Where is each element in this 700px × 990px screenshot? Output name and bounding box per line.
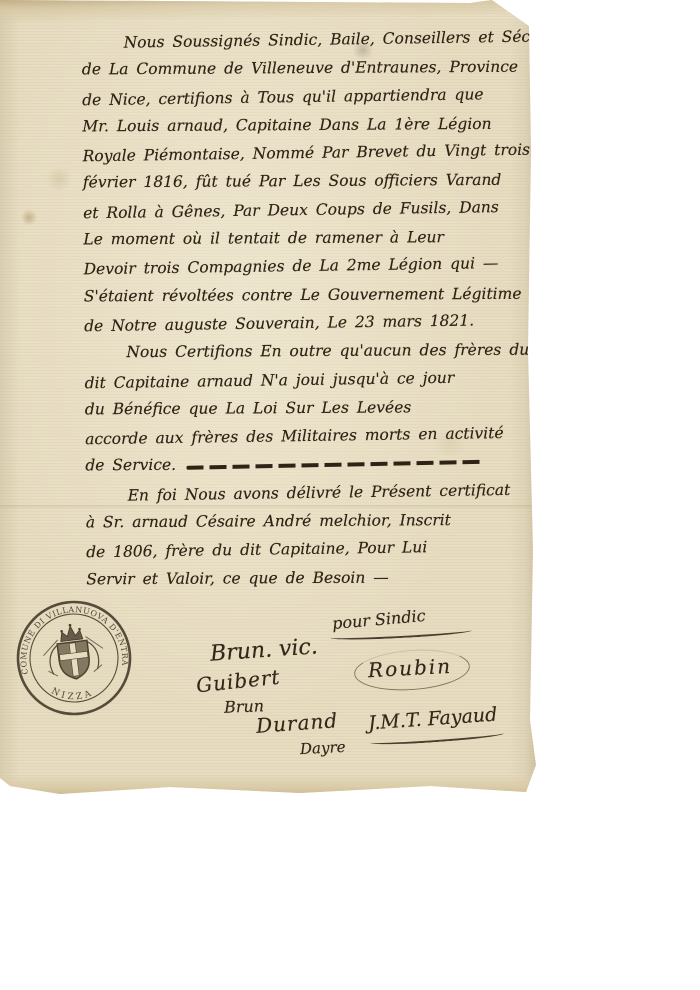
- manuscript-line: de La Commune de Villeneuve d'Entraunes,…: [82, 53, 522, 84]
- seal-graphic: COMUNE DI VILLANUOVA D'ENTRAUNES NIZZA: [7, 589, 141, 727]
- signature-fayaud: J.M.T. Fayaud: [367, 704, 498, 735]
- manuscript-line: de Nice, certifions à Tous qu'il apparti…: [82, 79, 522, 114]
- manuscript-text: Nous Soussignés Sindic, Baile, Conseille…: [82, 24, 527, 594]
- paper-stain: [44, 168, 74, 190]
- signature-roubin: Roubin: [367, 654, 452, 682]
- signature-brun-vic: Brun. vic.: [209, 634, 318, 666]
- signature-guibert: Guibert: [195, 665, 282, 698]
- manuscript-line: Nous Certifions En outre qu'aucun des fr…: [84, 336, 524, 367]
- manuscript-line: de 1806, frère du dit Capitaine, Pour Lu…: [86, 532, 526, 567]
- manuscript-line: dit Capitaine arnaud N'a joui jusqu'à ce…: [84, 362, 524, 397]
- manuscript-line: Servir et Valoir, ce que de Besoin —: [86, 562, 526, 593]
- paper-stain: [20, 210, 38, 225]
- manuscript-line: S'étaient révoltées contre Le Gouverneme…: [84, 279, 524, 310]
- manuscript-line: Devoir trois Compagnies de La 2me Légion…: [83, 249, 523, 284]
- manuscript-line-text: de Service.: [85, 456, 176, 475]
- municipal-seal: COMUNE DI VILLANUOVA D'ENTRAUNES NIZZA: [7, 589, 141, 727]
- signature-durand: Durand: [255, 708, 339, 738]
- manuscript-paper: Nous Soussignés Sindic, Baile, Conseille…: [0, 0, 537, 797]
- manuscript-line: février 1816, fût tué Par Les Sous offic…: [83, 166, 523, 197]
- signature-dayre: Dayre: [300, 738, 346, 758]
- manuscript-line: de Service.: [85, 449, 525, 480]
- ink-flourish: [186, 460, 481, 470]
- scan-background: Nous Soussignés Sindic, Baile, Conseille…: [0, 0, 700, 990]
